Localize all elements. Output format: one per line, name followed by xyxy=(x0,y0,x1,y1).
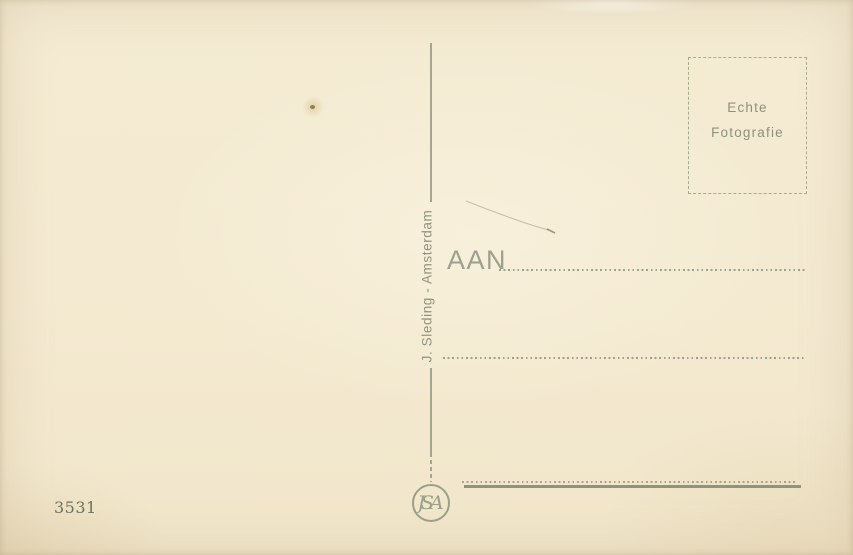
stamp-box: Echte Fotografie xyxy=(688,57,807,194)
bottom-solid-line xyxy=(464,485,801,488)
divider-line-top xyxy=(430,43,432,202)
divider-line-dashed-segment xyxy=(430,453,432,482)
stain-spot xyxy=(310,105,315,109)
address-label: AAN xyxy=(447,245,507,276)
serial-number: 3531 xyxy=(54,498,97,517)
address-dotted-line xyxy=(499,269,806,271)
stamp-box-text-line1: Echte xyxy=(689,95,806,120)
bottom-dotted-line xyxy=(462,481,798,483)
stamp-box-text-line2: Fotografie xyxy=(689,120,806,145)
publisher-imprint: J. Sleding - Amsterdam xyxy=(420,210,435,363)
writing-dotted-line xyxy=(443,357,804,359)
divider-line-bottom xyxy=(430,368,432,453)
postcard-back: J. Sleding - Amsterdam Echte Fotografie … xyxy=(0,0,853,555)
publisher-monogram-logo: JSA xyxy=(412,484,450,522)
